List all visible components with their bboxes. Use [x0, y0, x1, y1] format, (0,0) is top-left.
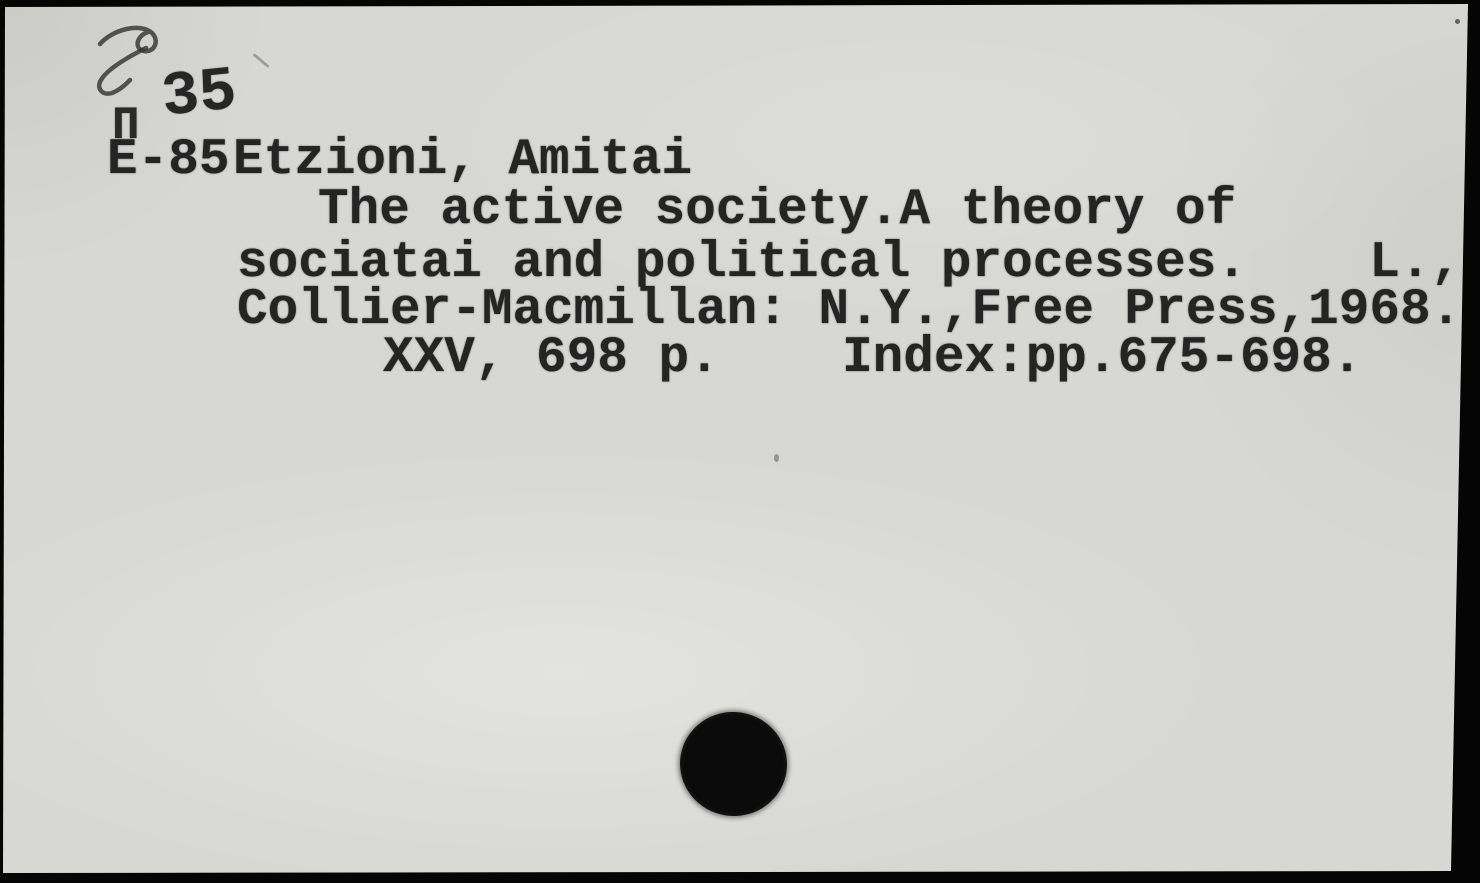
ink-speck-artifact [774, 454, 779, 462]
pencil-tick-artifact [252, 53, 269, 68]
catalog-card: П 35 E-85 Etzioni, Amitai The active soc… [0, 0, 1480, 883]
scanner-bed: П 35 E-85 Etzioni, Amitai The active soc… [0, 0, 1480, 883]
collation-line: XXV, 698 p. Index:pp.675-698. [383, 333, 1362, 384]
author-name: Etzioni, Amitai [233, 135, 692, 186]
imprint-line: Collier-Macmillan: N.Y.,Free Press,1968. [237, 285, 1461, 336]
hole-punch [673, 705, 793, 823]
title-line-1: The active society.A theory of [318, 185, 1236, 236]
edge-speck-artifact [1455, 19, 1460, 24]
call-code: E-85 [107, 135, 229, 186]
shelf-mark-number: 35 [159, 60, 239, 129]
